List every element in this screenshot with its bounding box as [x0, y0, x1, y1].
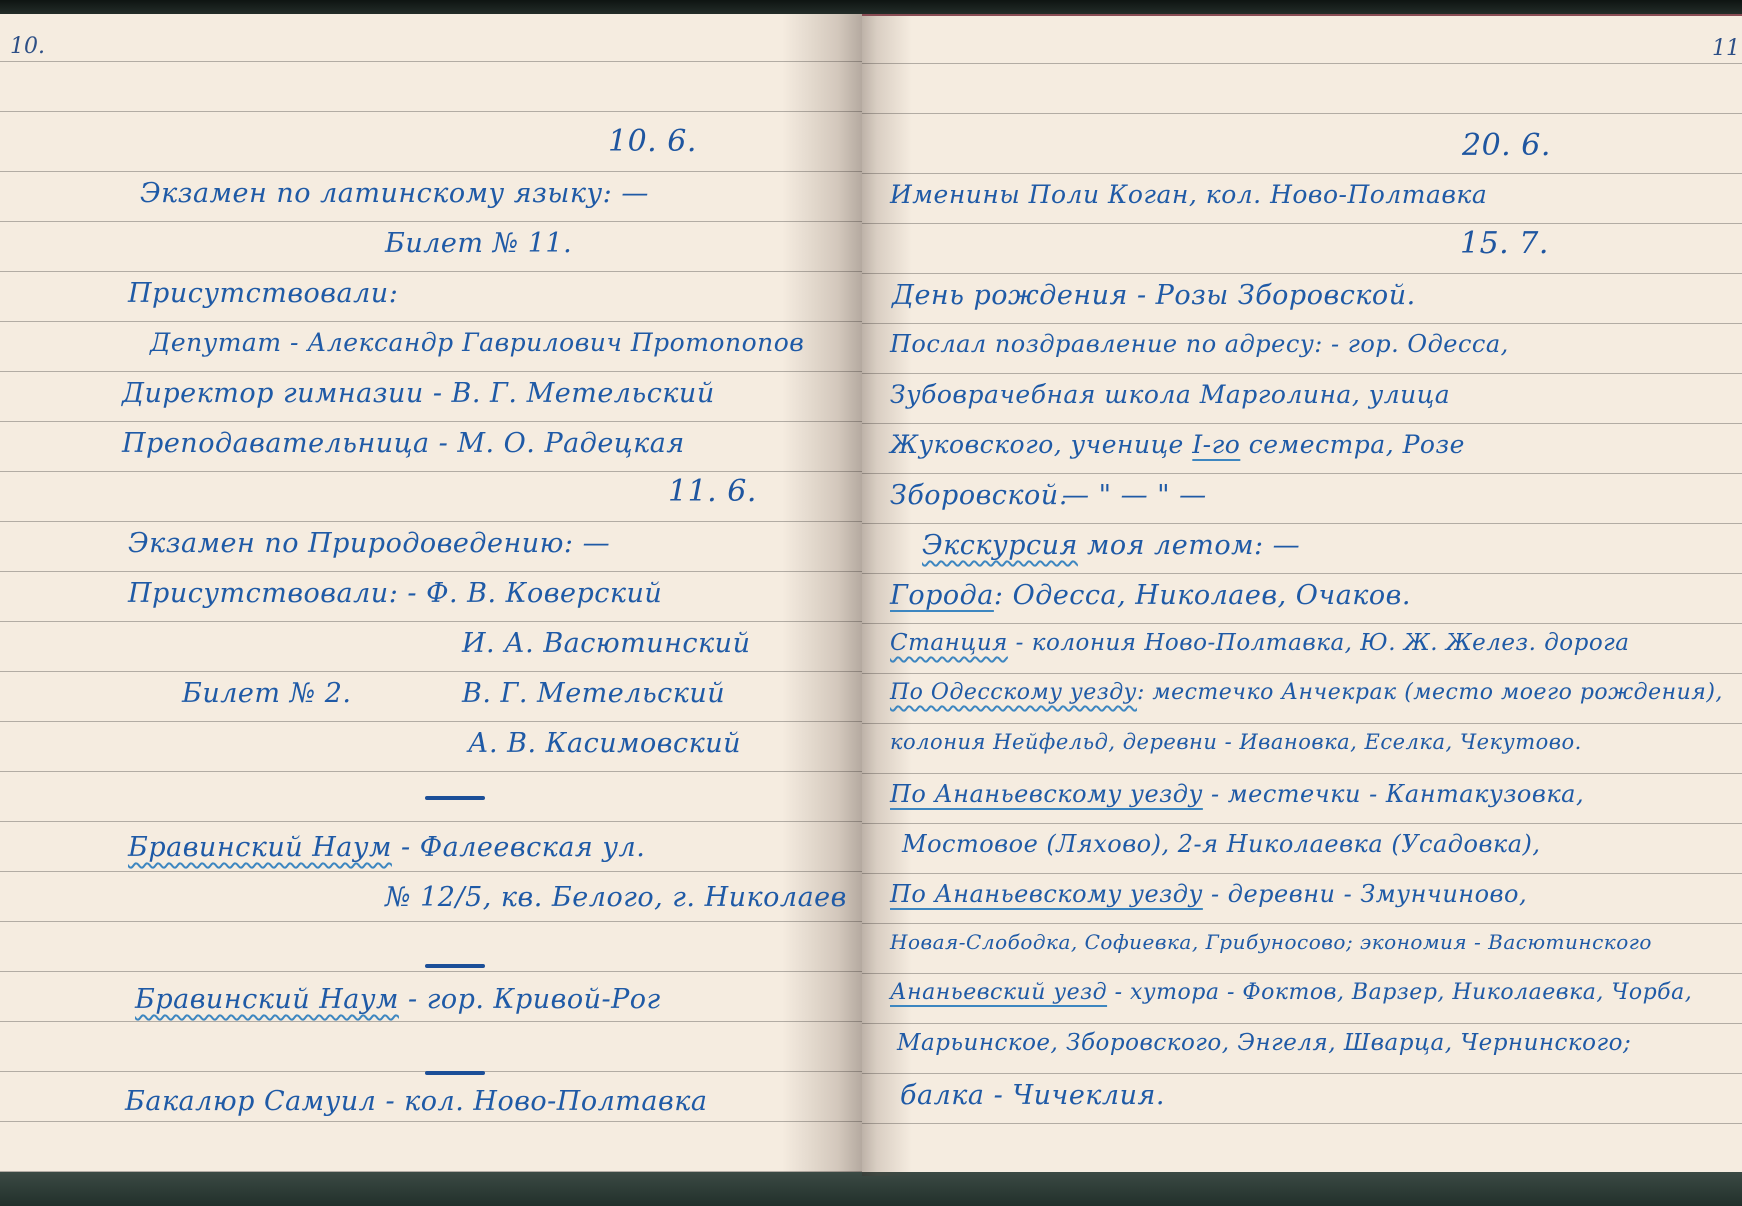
entry-line: По Ананьевскому уезду - деревни - Змунчи…	[890, 880, 1527, 908]
entry-date: 11. 6.	[668, 474, 757, 509]
entry-text: семестра, Розе	[1240, 430, 1465, 459]
entry-line: Новая-Слободка, Софиевка, Грибуносово; э…	[890, 930, 1652, 954]
entry-date: 10. 6.	[608, 124, 697, 159]
entry-line: А. В. Касимовский	[468, 728, 741, 759]
page-number: 11.	[1712, 36, 1742, 61]
underlined-label: По Одесскому уезду	[890, 680, 1137, 705]
entry-date: 20. 6.	[1462, 128, 1551, 163]
entry-line: Зубоврачебная школа Марголина, улица	[890, 380, 1450, 409]
entry-line: Экскурсия моя летом: —	[922, 530, 1300, 561]
entry-line: Бравинский Наум - Фалеевская ул.	[128, 832, 645, 863]
entry-text: - гор. Кривой-Рог	[399, 984, 661, 1015]
notebook-spread: 10. 10. 6. Экзамен по латинскому языку: …	[0, 0, 1742, 1206]
underlined-label: Ананьевский уезд	[890, 980, 1107, 1005]
entry-line: Марьинское, Зборовского, Энгеля, Шварца,…	[897, 1030, 1631, 1056]
entry-text: Жуковского, ученице	[890, 430, 1192, 459]
page-number: 10.	[10, 34, 45, 59]
underlined-label: По Ананьевскому уезду	[890, 880, 1203, 908]
entry-line: Билет № 11.	[385, 228, 572, 259]
entry-date: 15. 7.	[1460, 226, 1549, 261]
entry-line: И. А. Васютинский	[462, 628, 750, 659]
entry-line: Экзамен по Природоведению: —	[128, 528, 610, 559]
entry-text: - хутора - Фоктов, Варзер, Николаевка, Ч…	[1107, 980, 1692, 1005]
entry-line: балка - Чичеклия.	[900, 1080, 1165, 1111]
separator-dash	[425, 964, 485, 968]
entry-line: № 12/5, кв. Белого, г. Николаев	[385, 882, 847, 913]
entry-line: Мостовое (Ляхово), 2-я Николаевка (Усадо…	[902, 830, 1541, 858]
entry-line: Депутат - Александр Гаврилович Протопопо…	[150, 328, 804, 357]
right-page: 11. 20. 6. Именины Поли Коган, кол. Ново…	[862, 14, 1742, 1178]
entry-line: Присутствовали: - Ф. В. Коверский	[128, 578, 662, 609]
entry-line: По Одесскому уезду: местечко Анчекрак (м…	[890, 680, 1723, 705]
entry-text: : местечко Анчекрак (место моего рождени…	[1137, 680, 1723, 705]
left-page: 10. 10. 6. Экзамен по латинскому языку: …	[0, 14, 862, 1176]
entry-text: - колония Ново-Полтавка, Ю. Ж. Желез. до…	[1008, 630, 1630, 656]
entry-line: Жуковского, ученице I-го семестра, Розе	[890, 430, 1465, 459]
entry-line: Ананьевский уезд - хутора - Фоктов, Варз…	[890, 980, 1692, 1005]
ditto-marks: — " — " —	[1062, 480, 1207, 511]
entry-line: колония Нейфельд, деревни - Ивановка, Ес…	[890, 730, 1582, 754]
underlined-label: Города	[890, 580, 994, 611]
entry-line: По Ананьевскому уезду - местечки - Канта…	[890, 780, 1584, 808]
entry-line: Директор гимназии - В. Г. Метельский	[122, 378, 715, 409]
cover-bottom-edge	[0, 1172, 1742, 1206]
entry-line: Присутствовали:	[128, 278, 398, 309]
entry-line: Бравинский Наум - гор. Кривой-Рог	[135, 984, 661, 1015]
entry-line: Преподавательница - М. О. Радецкая	[122, 428, 685, 459]
entry-text: : Одесса, Николаев, Очаков.	[994, 580, 1411, 611]
entry-line: Билет № 2.	[182, 678, 351, 709]
entry-line: Экзамен по латинскому языку: —	[140, 178, 649, 209]
entry-line: День рождения - Розы Зборовской.	[892, 280, 1416, 311]
entry-text: моя летом: —	[1078, 530, 1300, 561]
separator-dash	[425, 796, 485, 800]
underlined-name: Бравинский Наум	[135, 984, 399, 1015]
entry-text: - Фалеевская ул.	[392, 832, 645, 863]
entry-line: Бакалюр Самуил - кол. Ново-Полтавка	[125, 1086, 707, 1117]
entry-text: - деревни - Змунчиново,	[1203, 880, 1527, 908]
underlined-label: Станция	[890, 630, 1008, 656]
underlined-name: Бравинский Наум	[128, 832, 392, 863]
underlined-heading: Экскурсия	[922, 530, 1078, 561]
entry-line: В. Г. Метельский	[462, 678, 725, 709]
entry-line: Станция - колония Ново-Полтавка, Ю. Ж. Ж…	[890, 630, 1630, 656]
underlined-text: I-го	[1192, 430, 1240, 459]
entry-line: Города: Одесса, Николаев, Очаков.	[890, 580, 1411, 611]
entry-text: - местечки - Кантакузовка,	[1203, 780, 1584, 808]
entry-line: Именины Поли Коган, кол. Ново-Полтавка	[890, 180, 1487, 209]
entry-line: Послал поздравление по адресу: - гор. Од…	[890, 330, 1509, 358]
separator-dash	[425, 1071, 485, 1075]
entry-line: Зборовской.	[890, 480, 1068, 511]
underlined-label: По Ананьевскому уезду	[890, 780, 1203, 808]
